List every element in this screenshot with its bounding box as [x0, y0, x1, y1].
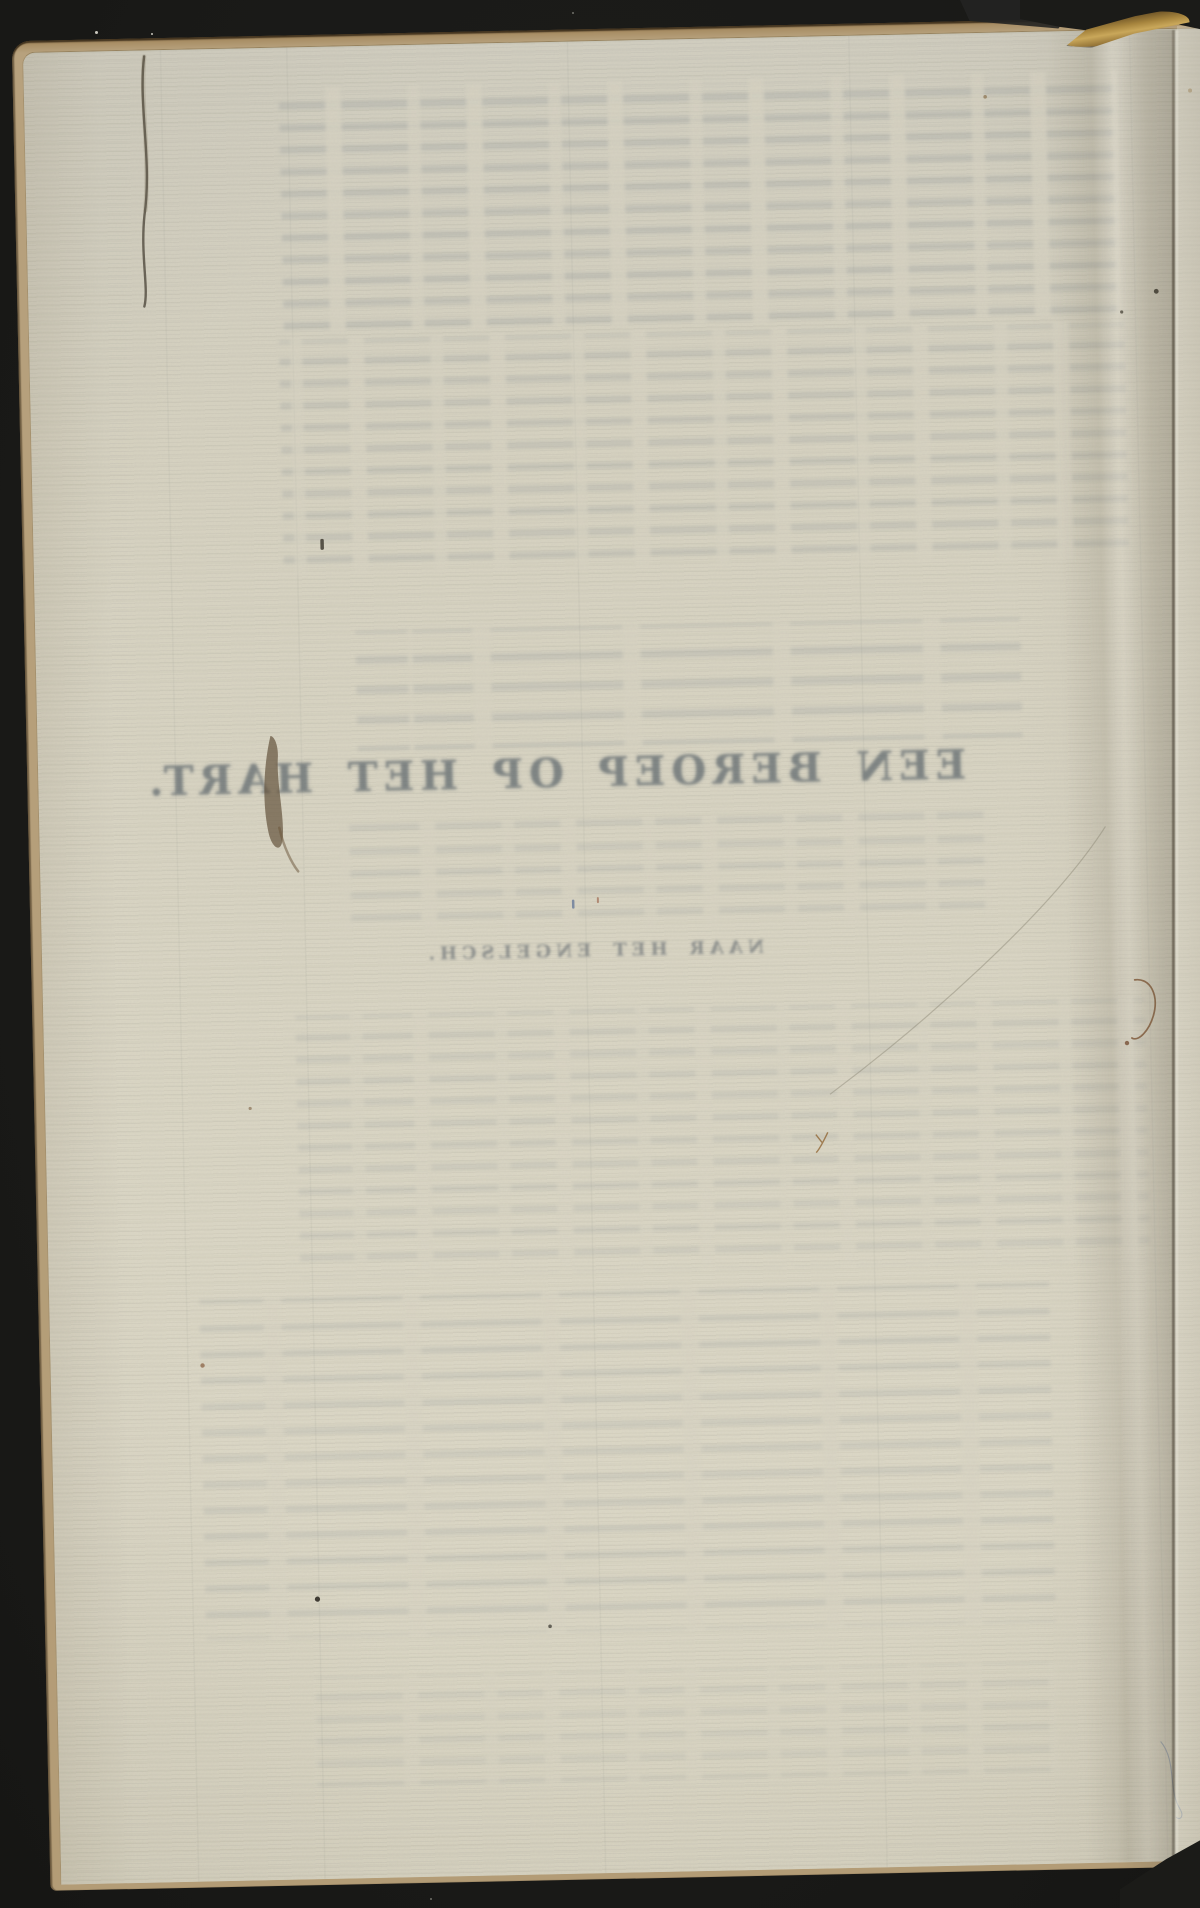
- dust-speck: [151, 33, 153, 35]
- book-page-stack: EEN BEROEP OP HET HART. NAAR HET ENGELSC…: [22, 26, 1200, 1884]
- dust-speck: [95, 31, 98, 34]
- fore-edge-strip: [1177, 26, 1200, 1854]
- dust-speck: [572, 12, 574, 14]
- book-page: EEN BEROEP OP HET HART. NAAR HET ENGELSC…: [22, 26, 1200, 1885]
- fore-edge-shadow: [1118, 30, 1176, 1868]
- paper-grain: [23, 27, 1200, 1885]
- dust-speck: [430, 1898, 432, 1900]
